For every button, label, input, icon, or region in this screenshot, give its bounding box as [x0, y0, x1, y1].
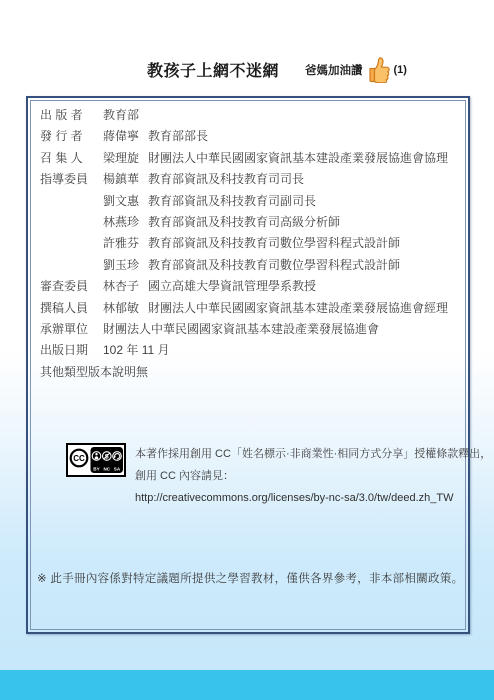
colophon-row-name: 教育部: [103, 105, 148, 126]
colophon-row: 劉玉珍 教育部資訊及科技教育司數位學習科程式設計師: [40, 255, 457, 276]
colophon-row-name: 梁理旋: [103, 148, 148, 169]
page-title: 教孩子上網不迷網: [147, 58, 279, 81]
colophon-row-name: 劉文惠: [103, 191, 148, 212]
bottom-color-band: [0, 670, 494, 700]
colophon-box-inner: 出 版 者 教育部 發 行 者 蔣偉寧 教育部部長 召 集 人 梁理旋 財團法人…: [30, 100, 466, 630]
colophon-row-desc: 教育部資訊及科技教育司高級分析師: [148, 212, 340, 233]
colophon-row-label: [40, 212, 103, 233]
colophon-row-label: 其他類型版本說明: [40, 362, 136, 383]
colophon-row: 召 集 人 梁理旋 財團法人中華民國國家資訊基本建設產業發展協進會協理: [40, 148, 457, 169]
page-subtitle: 爸媽加油讚: [305, 62, 363, 78]
colophon-row-name: 許雅芬: [103, 233, 148, 254]
colophon-row-label: 召 集 人: [40, 148, 103, 169]
colophon-row: 林燕珍 教育部資訊及科技教育司高級分析師: [40, 212, 457, 233]
svg-text:BY: BY: [93, 467, 99, 472]
colophon-row-name: 林杏子: [103, 276, 148, 297]
colophon-row-desc: 財團法人中華民國國家資訊基本建設產業發展協進會經理: [148, 298, 448, 319]
cc-by-nc-sa-badge-icon: CC $ BY: [66, 443, 126, 482]
thumbs-up-icon: [368, 56, 390, 83]
colophon-row-label: 指導委員: [40, 169, 103, 190]
colophon-row-label: 撰稿人員: [40, 298, 103, 319]
colophon-row-label: [40, 233, 103, 254]
colophon-row-label: [40, 191, 103, 212]
cc-license-line1: 本著作採用創用 CC「姓名標示·非商業性·相同方式分享」授權條款釋出，: [135, 443, 491, 465]
colophon-row-desc: 教育部部長: [148, 126, 208, 147]
colophon-page: 教孩子上網不迷網 爸媽加油讚 (1) 出 版 者 教育部 發 行 者 蔣偉寧 教…: [0, 0, 494, 700]
cc-license-line2: 創用 CC 內容請見：: [135, 465, 491, 487]
colophon-row: 審查委員 林杏子 國立高雄大學資訊管理學系教授: [40, 276, 457, 297]
cc-license-section: CC $ BY: [66, 443, 457, 509]
colophon-row-desc: 財團法人中華民國國家資訊基本建設產業發展協進會協理: [148, 148, 448, 169]
colophon-row-desc: 教育部資訊及科技教育司司長: [148, 169, 304, 190]
colophon-rows: 出 版 者 教育部 發 行 者 蔣偉寧 教育部部長 召 集 人 梁理旋 財團法人…: [40, 105, 457, 383]
colophon-row-desc: 教育部資訊及科技教育司副司長: [148, 191, 316, 212]
svg-text:NC: NC: [103, 467, 110, 472]
colophon-row: 承辦單位 財團法人中華民國國家資訊基本建設產業發展協進會: [40, 319, 457, 340]
colophon-row-desc: 教育部資訊及科技教育司數位學習科程式設計師: [148, 233, 400, 254]
colophon-row-label: 出版日期: [40, 340, 103, 361]
colophon-row: 其他類型版本說明 無: [40, 362, 457, 383]
colophon-row-label: 審查委員: [40, 276, 103, 297]
colophon-row: 出 版 者 教育部: [40, 105, 457, 126]
svg-text:CC: CC: [73, 454, 85, 463]
colophon-row-name: 102 年 11 月: [103, 340, 169, 361]
page-header: 教孩子上網不迷網 爸媽加油讚 (1): [147, 56, 407, 83]
colophon-row-name: 林郁敏: [103, 298, 148, 319]
colophon-row: 許雅芬 教育部資訊及科技教育司數位學習科程式設計師: [40, 233, 457, 254]
colophon-row: 發 行 者 蔣偉寧 教育部部長: [40, 126, 457, 147]
colophon-row: 出版日期 102 年 11 月: [40, 340, 457, 361]
colophon-row-name: 林燕珍: [103, 212, 148, 233]
colophon-row-label: [40, 255, 103, 276]
colophon-row-name: 楊鎮華: [103, 169, 148, 190]
colophon-box: 出 版 者 教育部 發 行 者 蔣偉寧 教育部部長 召 集 人 梁理旋 財團法人…: [26, 96, 470, 634]
cc-license-text: 本著作採用創用 CC「姓名標示·非商業性·相同方式分享」授權條款釋出， 創用 C…: [135, 443, 491, 509]
colophon-row: 劉文惠 教育部資訊及科技教育司副司長: [40, 191, 457, 212]
colophon-row-label: 承辦單位: [40, 319, 103, 340]
disclaimer-note: ※ 此手冊內容係對特定議題所提供之學習教材，僅供各界參考，非本部相關政策。: [37, 570, 457, 586]
colophon-row-desc: 教育部資訊及科技教育司數位學習科程式設計師: [148, 255, 400, 276]
colophon-row: 指導委員 楊鎮華 教育部資訊及科技教育司司長: [40, 169, 457, 190]
colophon-row-name: 無: [136, 362, 181, 383]
cc-license-url[interactable]: http://creativecommons.org/licenses/by-n…: [135, 492, 454, 504]
colophon-row-name: 蔣偉寧: [103, 126, 148, 147]
colophon-row: 撰稿人員 林郁敏 財團法人中華民國國家資訊基本建設產業發展協進會經理: [40, 298, 457, 319]
colophon-row-label: 出 版 者: [40, 105, 103, 126]
colophon-row-name: 劉玉珍: [103, 255, 148, 276]
page-subtitle-number: (1): [394, 64, 407, 76]
svg-text:SA: SA: [114, 467, 121, 472]
colophon-row-desc: 國立高雄大學資訊管理學系教授: [148, 276, 316, 297]
colophon-row-name: 財團法人中華民國國家資訊基本建設產業發展協進會: [103, 319, 379, 340]
colophon-row-label: 發 行 者: [40, 126, 103, 147]
